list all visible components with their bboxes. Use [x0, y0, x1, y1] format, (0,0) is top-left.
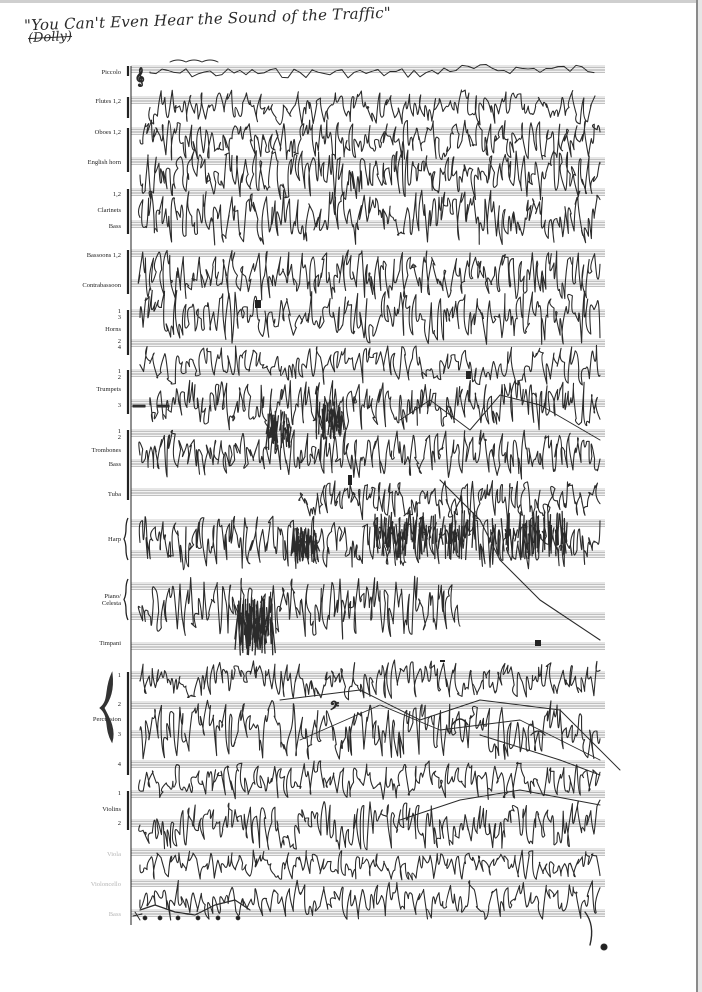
- svg-text:𝄢: 𝄢: [330, 701, 339, 716]
- score-canvas: 𝄞𝄢: [0, 0, 702, 992]
- staff-lines: [131, 66, 605, 916]
- svg-text:𝄞: 𝄞: [135, 68, 144, 87]
- system-barlines: [100, 66, 131, 925]
